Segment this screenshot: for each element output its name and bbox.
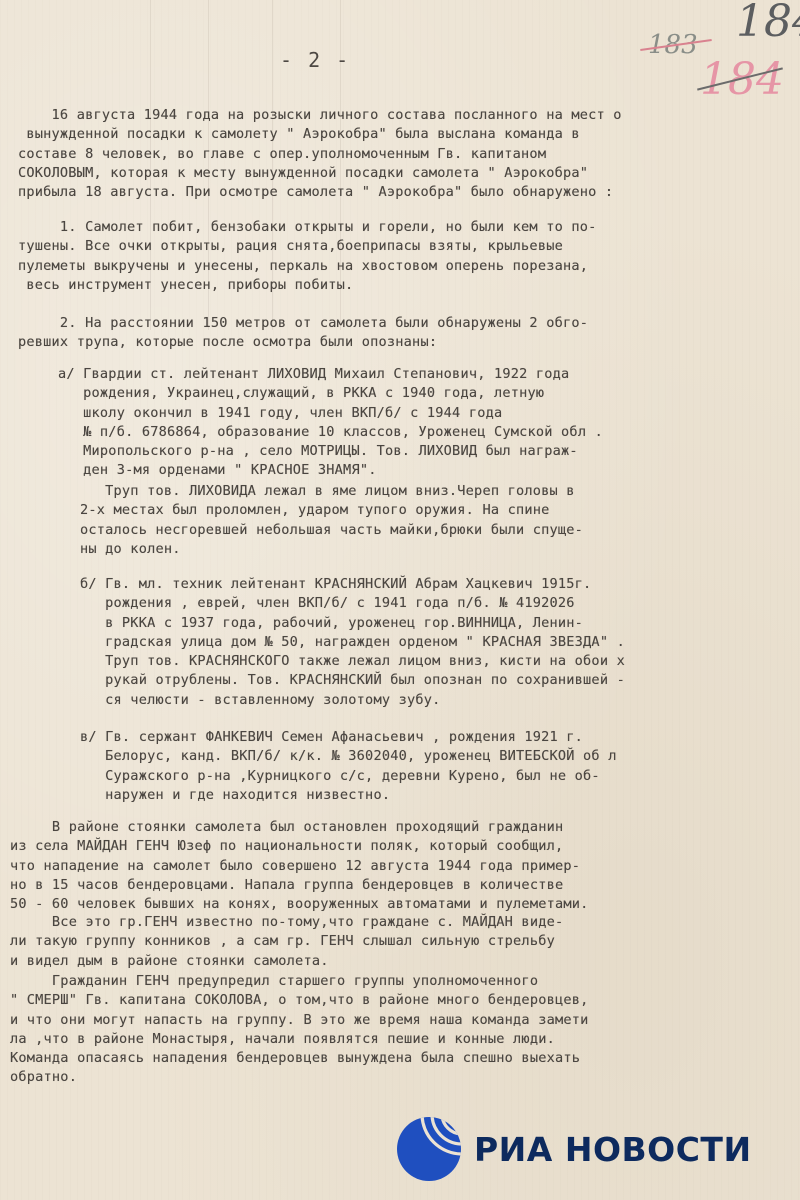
typed-line: прибыла 18 августа. При осмотре самолета… xyxy=(18,183,622,202)
archive-number-crossed-gray: 183 xyxy=(648,30,698,60)
typed-line: рождения , еврей, член ВКП/б/ с 1941 год… xyxy=(80,594,625,613)
typed-line: Труп тов. ЛИХОВИДА лежал в яме лицом вни… xyxy=(80,482,583,501)
paragraph-warning-and-retreat: Гражданин ГЕНЧ предупредил старшего груп… xyxy=(10,972,589,1088)
typed-line: ли такую группу конников , а сам гр. ГЕН… xyxy=(10,932,563,951)
typed-line: а/ Гвардии ст. лейтенант ЛИХОВИД Михаил … xyxy=(58,365,603,384)
page-number: - 2 - xyxy=(280,48,350,72)
typed-line: Суражского р-на ,Курницкого с/с, деревни… xyxy=(80,767,617,786)
typed-line: в РККА с 1937 года, рабочий, уроженец го… xyxy=(80,614,625,633)
typed-line: 50 - 60 человек бывших на конях, вооруже… xyxy=(10,895,589,914)
typed-line: что нападение на самолет было совершено … xyxy=(10,857,589,876)
paragraph-sub-a-body-description: Труп тов. ЛИХОВИДА лежал в яме лицом вни… xyxy=(80,482,583,559)
typed-line: и видел дым в районе стоянки самолета. xyxy=(10,952,563,971)
archive-number-crossed-red: 184 xyxy=(700,54,784,105)
paragraph-sub-v-fankevich: в/ Гв. сержант ФАНКЕВИЧ Семен Афанасьеви… xyxy=(80,728,617,805)
typed-line: градская улица дом № 50, награжден орден… xyxy=(80,633,625,652)
typed-line: в/ Гв. сержант ФАНКЕВИЧ Семен Афанасьеви… xyxy=(80,728,617,747)
typed-line: наружен и где находится низвестно. xyxy=(80,786,617,805)
typed-line: 2-х местах был проломлен, ударом тупого … xyxy=(80,501,583,520)
typed-line: ла ,что в районе Монастыря, начали появл… xyxy=(10,1030,589,1049)
paragraph-item-1-aircraft-damage: 1. Самолет побит, бензобаки открыты и го… xyxy=(18,218,597,295)
typed-line: Белорус, канд. ВКП/б/ к/к. № 3602040, ур… xyxy=(80,747,617,766)
typed-line: Труп тов. КРАСНЯНСКОГО также лежал лицом… xyxy=(80,652,625,671)
typed-line: ден 3-мя орденами " КРАСНОЕ ЗНАМЯ". xyxy=(58,461,603,480)
typed-line: весь инструмент унесен, приборы побиты. xyxy=(18,276,597,295)
typed-line: обратно. xyxy=(10,1068,589,1087)
typed-line: ны до колен. xyxy=(80,540,583,559)
typed-line: 2. На расстоянии 150 метров от самолета … xyxy=(18,314,588,333)
paragraph-item-2-bodies-found: 2. На расстоянии 150 метров от самолета … xyxy=(18,314,588,353)
typed-line: ревших трупа, которые после осмотра были… xyxy=(18,333,588,352)
typed-line: Миропольского р-на , село МОТРИЦЫ. Тов. … xyxy=(58,442,603,461)
paragraph-witness-knowledge: Все это гр.ГЕНЧ известно по-тому,что гра… xyxy=(10,913,563,971)
typed-line: и что они могут напасть на группу. В это… xyxy=(10,1011,589,1030)
typed-line: б/ Гв. мл. техник лейтенант КРАСНЯНСКИЙ … xyxy=(80,575,625,594)
typed-line: тушены. Все очки открыты, рация снята,бо… xyxy=(18,237,597,256)
typed-line: 1. Самолет побит, бензобаки открыты и го… xyxy=(18,218,597,237)
paragraph-sub-b-krasnyanskiy: б/ Гв. мл. техник лейтенант КРАСНЯНСКИЙ … xyxy=(80,575,625,710)
ria-novosti-brand-text: РИА НОВОСТИ xyxy=(474,1130,752,1169)
paragraph-sub-a-likhovid: а/ Гвардии ст. лейтенант ЛИХОВИД Михаил … xyxy=(58,365,603,481)
typed-line: Гражданин ГЕНЧ предупредил старшего груп… xyxy=(10,972,589,991)
typed-line: составе 8 человек, во главе с опер.уполн… xyxy=(18,145,622,164)
paragraph-intro: 16 августа 1944 года на розыски личного … xyxy=(18,106,622,202)
typed-line: СОКОЛОВЫМ, которая к месту вынужденной п… xyxy=(18,164,622,183)
typed-line: " СМЕРШ" Гв. капитана СОКОЛОВА, о том,чт… xyxy=(10,991,589,1010)
typed-line: вынужденной посадки к самолету " Аэрокоб… xyxy=(18,125,622,144)
typed-line: пулеметы выкручены и унесены, перкаль на… xyxy=(18,257,597,276)
typed-line: № п/б. 6786864, образование 10 классов, … xyxy=(58,423,603,442)
typed-line: но в 15 часов бендеровцами. Напала групп… xyxy=(10,876,589,895)
ria-novosti-watermark: РИА НОВОСТИ xyxy=(396,1116,752,1182)
typed-line: из села МАЙДАН ГЕНЧ Юзеф по национальнос… xyxy=(10,837,589,856)
typed-line: Команда опасаясь нападения бендеровцев в… xyxy=(10,1049,589,1068)
typed-line: рукай отрублены. Тов. КРАСНЯНСКИЙ был оп… xyxy=(80,671,625,690)
typed-line: осталось несгоревшей небольшая часть май… xyxy=(80,521,583,540)
typed-line: ся челюсти - вставленному золотому зубу. xyxy=(80,691,625,710)
typed-line: В районе стоянки самолета был остановлен… xyxy=(10,818,589,837)
typed-line: 16 августа 1944 года на розыски личного … xyxy=(18,106,622,125)
typed-line: школу окончил в 1941 году, член ВКП/б/ с… xyxy=(58,404,603,423)
archive-number-current: 184 xyxy=(736,0,800,47)
paragraph-witness-encounter: В районе стоянки самолета был остановлен… xyxy=(10,818,589,914)
typed-line: рождения, Украинец,служащий, в РККА с 19… xyxy=(58,384,603,403)
typed-line: Все это гр.ГЕНЧ известно по-тому,что гра… xyxy=(10,913,563,932)
ria-globe-icon xyxy=(396,1116,462,1182)
